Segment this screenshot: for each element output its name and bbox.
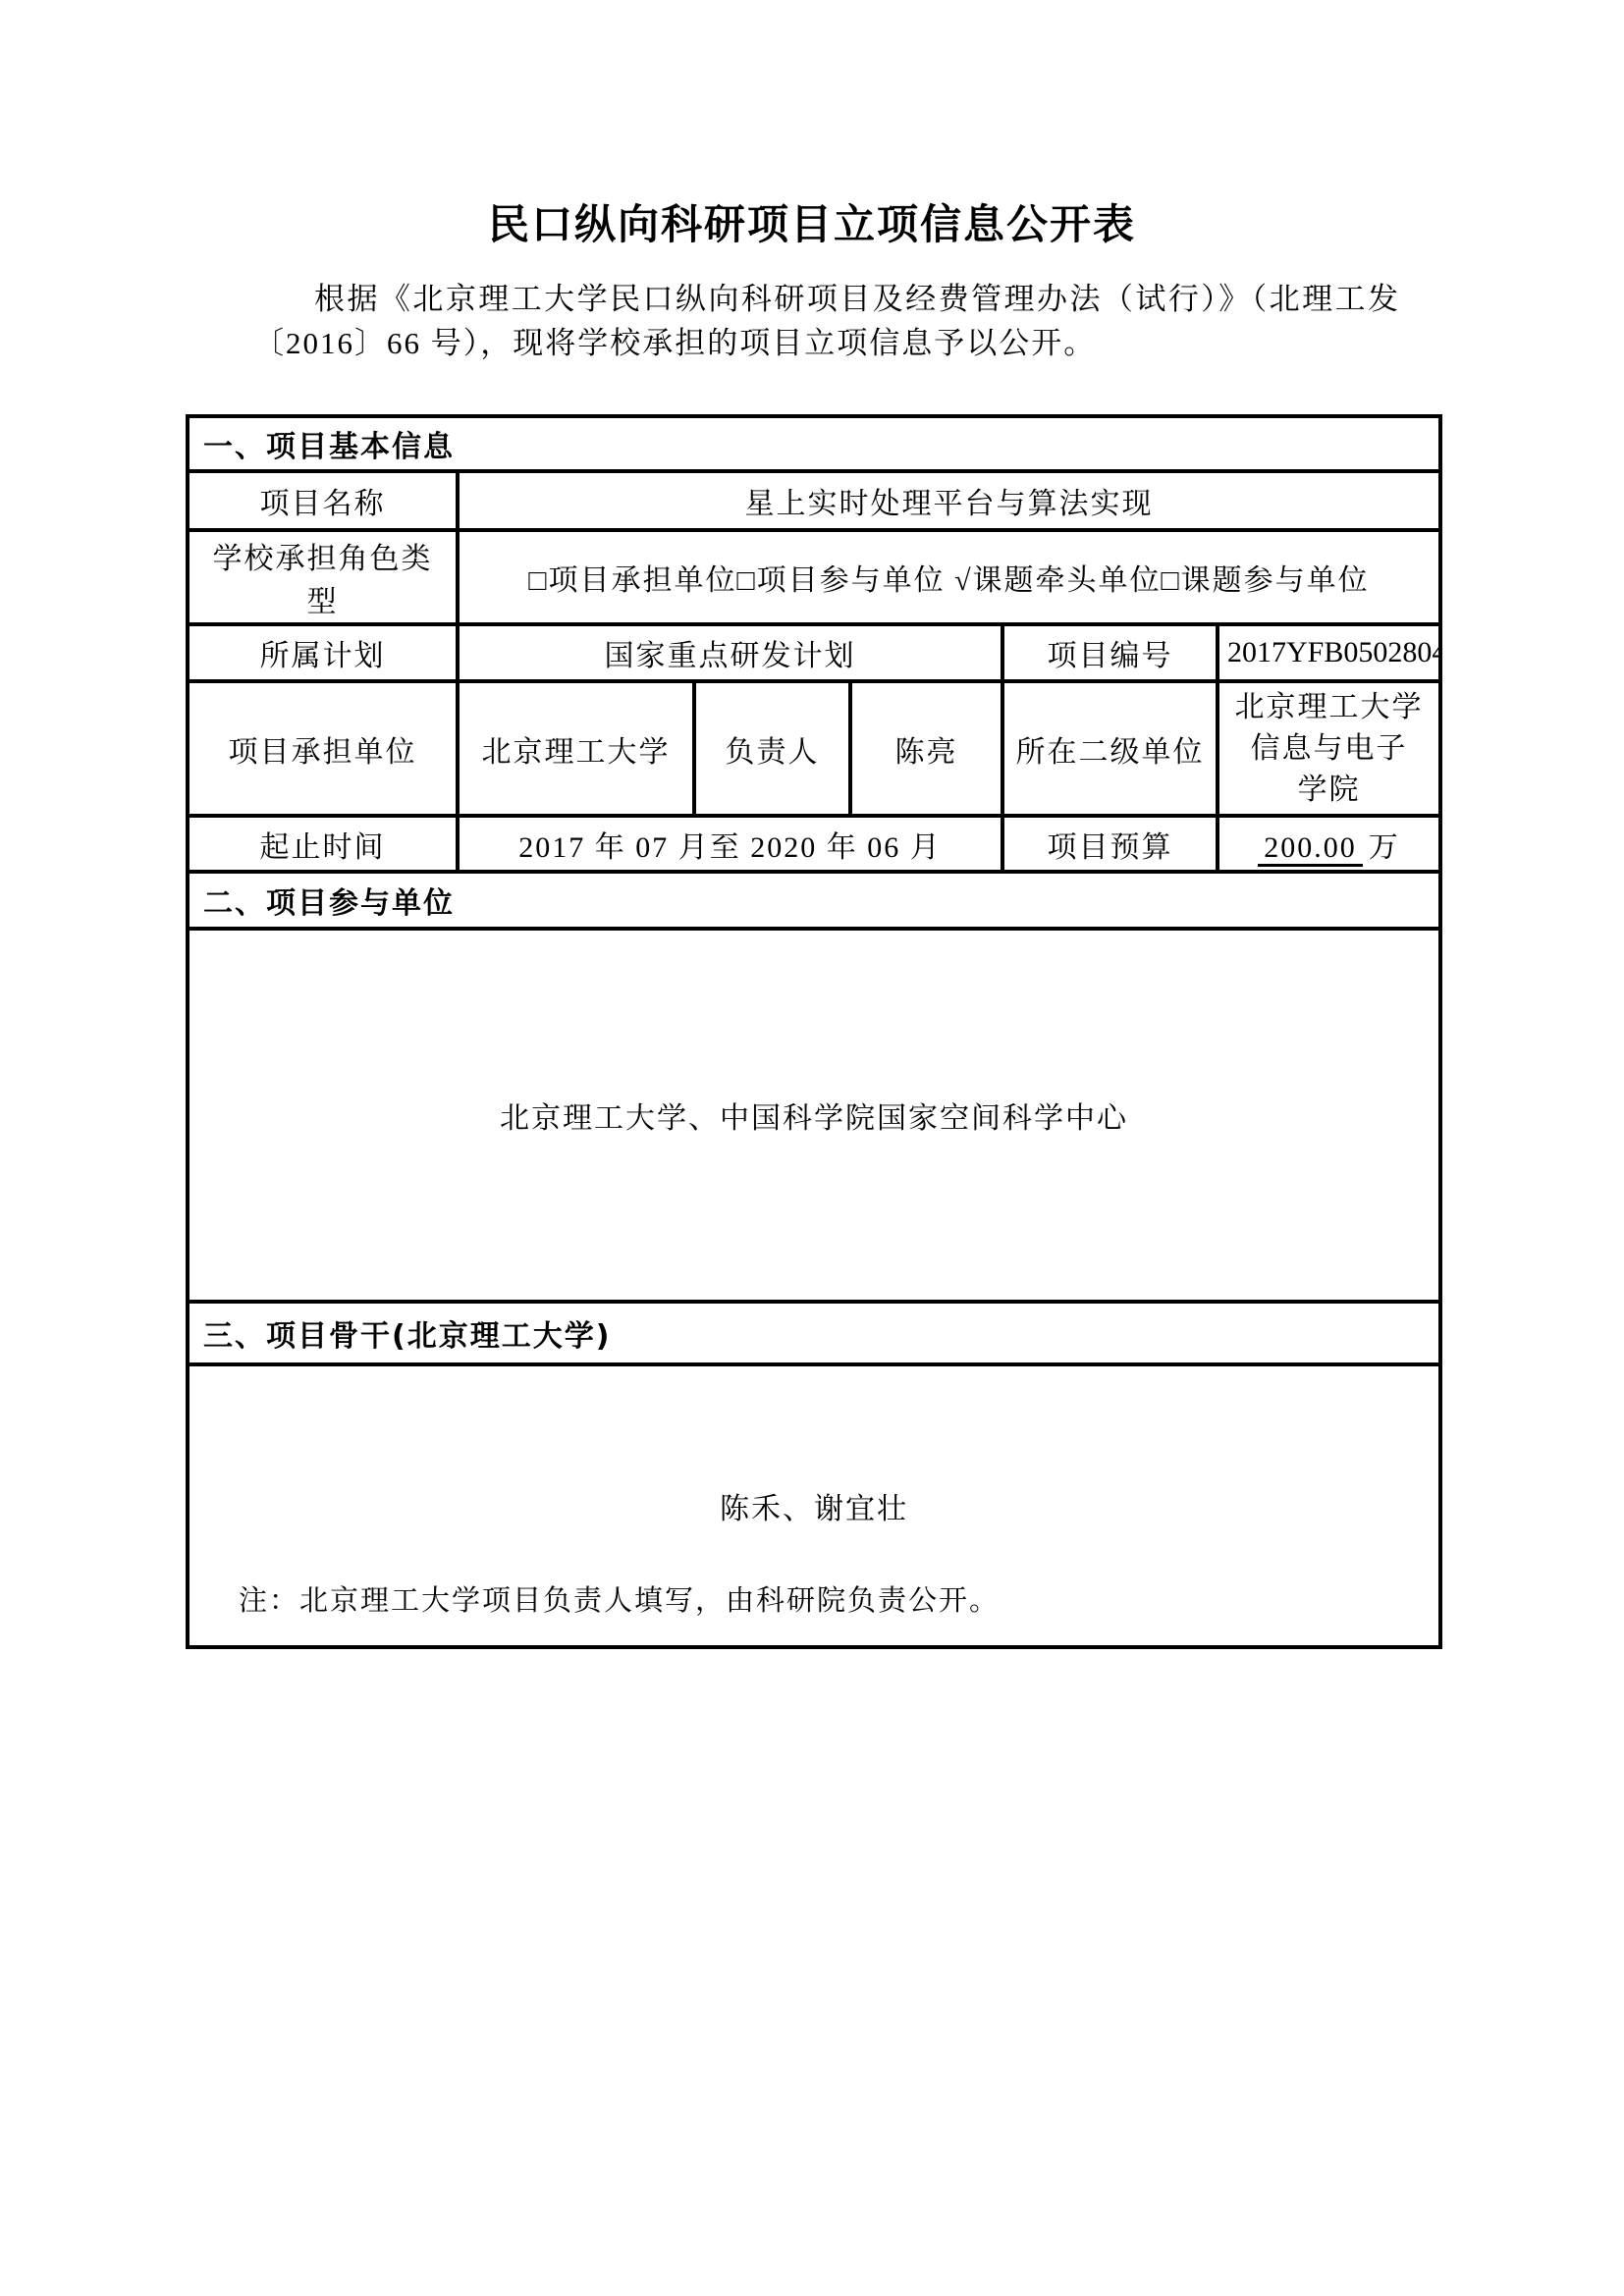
plan-label: 所属计划 (188, 624, 458, 681)
section-basic-info-header: 一、项目基本信息 (188, 416, 1440, 471)
project-name-label: 项目名称 (188, 471, 458, 530)
budget-amount: 200.00 (1258, 831, 1363, 867)
undertaking-unit-label: 项目承担单位 (188, 681, 458, 816)
table-row: 北京理工大学、中国科学院国家空间科学中心 (188, 929, 1440, 1302)
project-info-table: 一、项目基本信息 项目名称 星上实时处理平台与算法实现 学校承担角色类型 □项目… (186, 414, 1442, 1649)
project-number-value: 2017YFB0502804 (1218, 624, 1440, 681)
table-row: 起止时间 2017 年 07 月至 2020 年 06 月 项目预算 200.0… (188, 816, 1440, 872)
section-participants-header: 二、项目参与单位 (188, 872, 1440, 929)
undertaking-unit-value: 北京理工大学 (458, 681, 694, 816)
section-backbone: 三、项目骨干(北京理工大学) (188, 1302, 1440, 1364)
leader-value: 陈亮 (850, 681, 1002, 816)
table-row: 所属计划 国家重点研发计划 项目编号 2017YFB0502804 (188, 624, 1440, 681)
section-participants: 二、项目参与单位 (188, 872, 1440, 929)
project-name-value: 星上实时处理平台与算法实现 (458, 471, 1440, 530)
table-row: 学校承担角色类型 □项目承担单位□项目参与单位 √课题牵头单位□课题参与单位 (188, 530, 1440, 624)
participants-content: 北京理工大学、中国科学院国家空间科学中心 (188, 929, 1440, 1302)
section-backbone-header: 三、项目骨干(北京理工大学) (188, 1302, 1440, 1364)
duration-label: 起止时间 (188, 816, 458, 872)
role-type-label: 学校承担角色类型 (188, 530, 458, 624)
budget-label: 项目预算 (1002, 816, 1218, 872)
duration-value: 2017 年 07 月至 2020 年 06 月 (458, 816, 1002, 872)
section-basic-info: 一、项目基本信息 (188, 416, 1440, 471)
role-type-value: □项目承担单位□项目参与单位 √课题牵头单位□课题参与单位 (458, 530, 1440, 624)
intro-paragraph: 根据《北京理工大学民口纵向科研项目及经费管理办法（试行）》（北理工发〔2016〕… (253, 277, 1400, 365)
footer-note: 注：北京理工大学项目负责人填写，由科研院负责公开。 (239, 1578, 1000, 1619)
secondary-unit-label: 所在二级单位 (1002, 681, 1218, 816)
table-row: 项目承担单位 北京理工大学 负责人 陈亮 所在二级单位 北京理工大学 信息与电子… (188, 681, 1440, 816)
document-page: 民口纵向科研项目立项信息公开表 根据《北京理工大学民口纵向科研项目及经费管理办法… (0, 0, 1624, 2296)
leader-label: 负责人 (694, 681, 850, 816)
project-number-label: 项目编号 (1002, 624, 1218, 681)
budget-value: 200.00万 (1218, 816, 1440, 872)
plan-value: 国家重点研发计划 (458, 624, 1002, 681)
table-row: 项目名称 星上实时处理平台与算法实现 (188, 471, 1440, 530)
budget-unit: 万 (1369, 831, 1400, 864)
secondary-unit-value: 北京理工大学 信息与电子 学院 (1218, 681, 1440, 816)
page-title: 民口纵向科研项目立项信息公开表 (0, 192, 1624, 251)
